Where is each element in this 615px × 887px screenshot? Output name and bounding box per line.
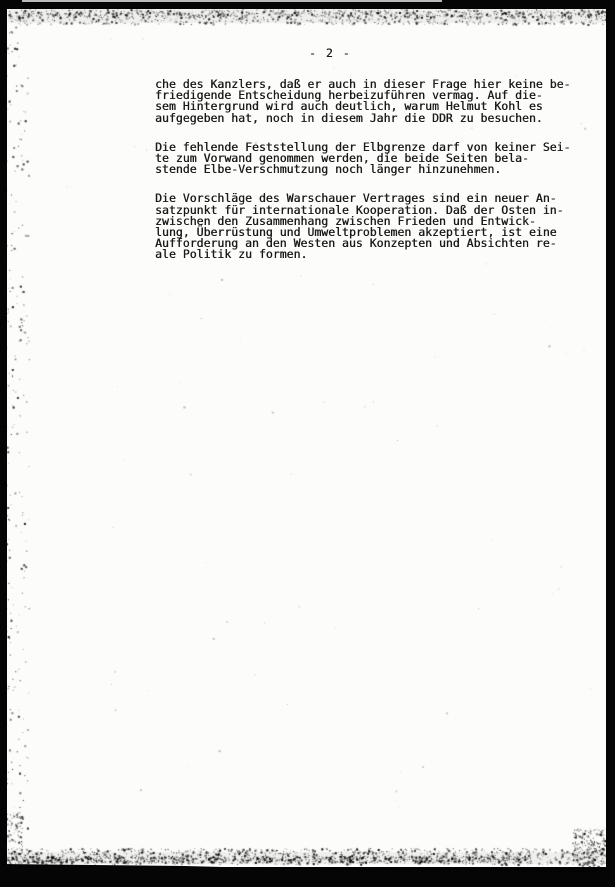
scan-border-left — [0, 0, 7, 887]
paragraph-kanzler-ddr-besuch: che des Kanzlers, daß er auch in dieser … — [155, 79, 590, 124]
scan-edge-sliver — [22, 0, 442, 2]
scanned-document-page: - 2 - che des Kanzlers, daß er auch in d… — [0, 0, 615, 887]
paragraph-warschauer-vertrag: Die Vorschläge des Warschauer Vertrages … — [155, 193, 590, 260]
document-body: che des Kanzlers, daß er auch in dieser … — [155, 79, 590, 279]
paragraph-elbgrenze: Die fehlende Feststellung der Elbgrenze … — [155, 142, 590, 176]
page-number: - 2 - — [309, 47, 351, 59]
scan-border-right — [606, 0, 615, 887]
